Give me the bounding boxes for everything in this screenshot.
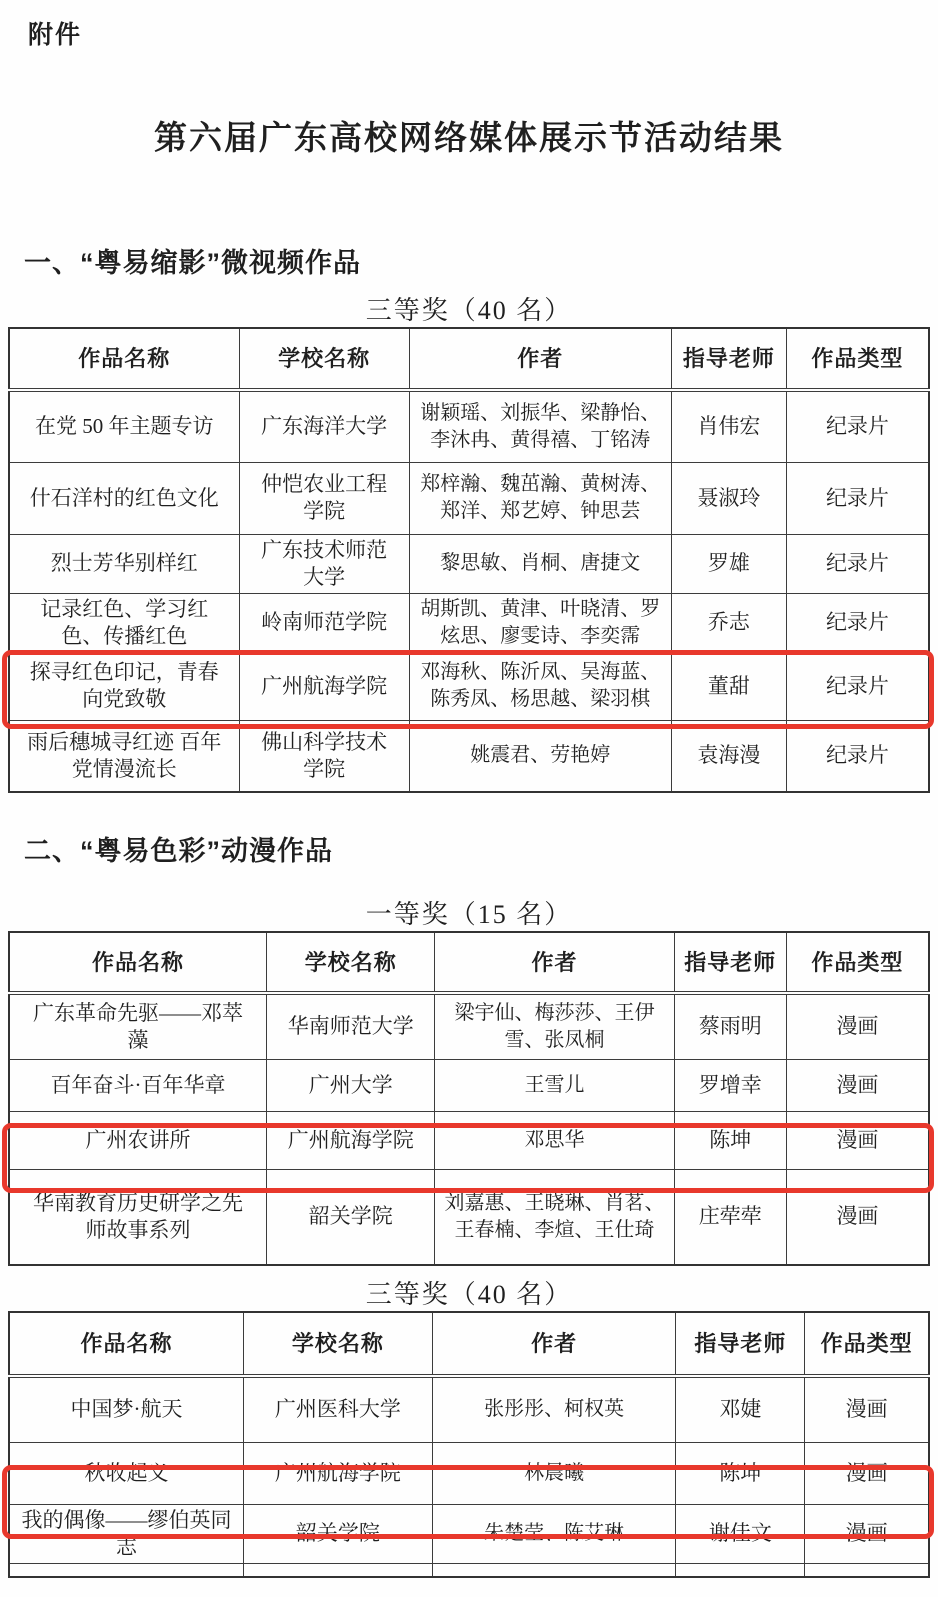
school-cell: 广东技术师范大学 — [239, 534, 409, 593]
table-cell-empty — [676, 1563, 805, 1577]
table-row-highlighted: 探寻红色印记，青春向党致敬 广州航海学院 邓海秋、陈沂凤、吴海蓝、陈秀凤、杨思越… — [9, 652, 929, 720]
table-row: 我的偶像——缪伯英同志 韶关学院 朱楚莹、陈艾琳 谢佳文 漫画 — [9, 1504, 929, 1563]
authors-cell: 朱楚莹、陈艾琳 — [432, 1504, 676, 1563]
section2-third-prize-title: 三等奖（40 名） — [0, 1278, 938, 1311]
section1-heading: 一、“粤易缩影”微视频作品 — [24, 246, 938, 280]
work-title-cell: 雨后穗城寻红迹 百年党情漫流长 — [9, 720, 239, 792]
authors-cell: 谢颖瑶、刘振华、梁静怡、李沐冉、黄得禧、丁铭涛 — [409, 390, 671, 462]
teacher-cell: 罗增幸 — [674, 1059, 786, 1111]
school-cell: 韶关学院 — [244, 1504, 433, 1563]
school-cell: 广州航海学院 — [239, 652, 409, 720]
authors-cell: 梁宇仙、梅莎莎、王伊雪、张凤桐 — [435, 993, 674, 1059]
section2-third-prize-table: 作品名称 学校名称 作者 指导老师 作品类型 中国梦·航天 广州医科大学 张彤彤… — [8, 1311, 930, 1578]
work-type-cell: 漫画 — [786, 1111, 929, 1169]
section2-first-prize-table: 作品名称 学校名称 作者 指导老师 作品类型 广东革命先驱——邓萃藻 华南师范大… — [8, 931, 930, 1266]
work-title-cell: 华南教育历史研学之先师故事系列 — [9, 1169, 267, 1265]
work-type-cell: 漫画 — [786, 993, 929, 1059]
work-title-cell: 百年奋斗·百年华章 — [9, 1059, 267, 1111]
teacher-cell: 罗雄 — [671, 534, 786, 593]
school-cell: 华南师范大学 — [267, 993, 435, 1059]
teacher-cell: 陈坤 — [674, 1111, 786, 1169]
table-cell-empty — [805, 1563, 929, 1577]
column-header-type: 作品类型 — [786, 932, 929, 993]
document-page: 附件 第六届广东高校网络媒体展示节活动结果 一、“粤易缩影”微视频作品 三等奖（… — [0, 0, 938, 1597]
work-title-cell: 什石洋村的红色文化 — [9, 462, 239, 534]
work-title-cell: 广州农讲所 — [9, 1111, 267, 1169]
authors-cell: 胡斯凯、黄津、叶晓清、罗炫思、廖雯诗、李奕霈 — [409, 593, 671, 652]
work-title-cell: 探寻红色印记，青春向党致敬 — [9, 652, 239, 720]
table-cell-empty — [9, 1563, 244, 1577]
school-cell: 韶关学院 — [267, 1169, 435, 1265]
school-cell: 广州航海学院 — [244, 1442, 433, 1504]
column-header-teacher: 指导老师 — [671, 328, 786, 390]
column-header-authors: 作者 — [435, 932, 674, 993]
authors-cell: 姚震君、劳艳婷 — [409, 720, 671, 792]
work-type-cell: 漫画 — [805, 1376, 929, 1442]
column-header-type: 作品类型 — [805, 1312, 929, 1376]
column-header-title: 作品名称 — [9, 1312, 244, 1376]
table-header-row: 作品名称 学校名称 作者 指导老师 作品类型 — [9, 932, 929, 993]
school-cell: 广东海洋大学 — [239, 390, 409, 462]
school-cell: 佛山科学技术学院 — [239, 720, 409, 792]
school-cell: 仲恺农业工程学院 — [239, 462, 409, 534]
authors-cell: 邓思华 — [435, 1111, 674, 1169]
authors-cell: 张彤彤、柯权英 — [432, 1376, 676, 1442]
authors-cell: 刘嘉惠、王晓琳、肖茗、王春楠、李煊、王仕琦 — [435, 1169, 674, 1265]
attachment-label: 附件 — [28, 16, 938, 54]
school-cell: 广州航海学院 — [267, 1111, 435, 1169]
table-cell-empty — [244, 1563, 433, 1577]
authors-cell: 王雪儿 — [435, 1059, 674, 1111]
table-row-highlighted: 广州农讲所 广州航海学院 邓思华 陈坤 漫画 — [9, 1111, 929, 1169]
column-header-school: 学校名称 — [239, 328, 409, 390]
table-cell-empty — [432, 1563, 676, 1577]
column-header-school: 学校名称 — [267, 932, 435, 993]
school-cell: 广州医科大学 — [244, 1376, 433, 1442]
work-type-cell: 纪录片 — [786, 534, 929, 593]
authors-cell: 邓海秋、陈沂凤、吴海蓝、陈秀凤、杨思越、梁羽棋 — [409, 652, 671, 720]
section2-first-prize-title: 一等奖（15 名） — [0, 898, 938, 931]
column-header-type: 作品类型 — [786, 328, 929, 390]
work-type-cell: 漫画 — [786, 1059, 929, 1111]
work-title-cell: 在党 50 年主题专访 — [9, 390, 239, 462]
section1-award-title: 三等奖（40 名） — [0, 294, 938, 327]
page-title: 第六届广东高校网络媒体展示节活动结果 — [0, 118, 938, 158]
work-title-cell: 烈士芳华别样红 — [9, 534, 239, 593]
teacher-cell: 肖伟宏 — [671, 390, 786, 462]
column-header-title: 作品名称 — [9, 932, 267, 993]
column-header-teacher: 指导老师 — [676, 1312, 805, 1376]
teacher-cell: 董甜 — [671, 652, 786, 720]
work-type-cell: 漫画 — [805, 1442, 929, 1504]
column-header-authors: 作者 — [432, 1312, 676, 1376]
work-title-cell: 广东革命先驱——邓萃藻 — [9, 993, 267, 1059]
work-type-cell: 漫画 — [786, 1169, 929, 1265]
table-row-clipped — [9, 1563, 929, 1577]
work-type-cell: 纪录片 — [786, 390, 929, 462]
table-row: 烈士芳华别样红 广东技术师范大学 黎思敏、肖桐、唐捷文 罗雄 纪录片 — [9, 534, 929, 593]
work-type-cell: 纪录片 — [786, 652, 929, 720]
teacher-cell: 乔志 — [671, 593, 786, 652]
column-header-authors: 作者 — [409, 328, 671, 390]
work-type-cell: 纪录片 — [786, 593, 929, 652]
table-row: 记录红色、学习红色、传播红色 岭南师范学院 胡斯凯、黄津、叶晓清、罗炫思、廖雯诗… — [9, 593, 929, 652]
table-row: 雨后穗城寻红迹 百年党情漫流长 佛山科学技术学院 姚震君、劳艳婷 袁海漫 纪录片 — [9, 720, 929, 792]
table-row: 百年奋斗·百年华章 广州大学 王雪儿 罗增幸 漫画 — [9, 1059, 929, 1111]
table-row-highlighted: 秋收起义 广州航海学院 林晨曦 陈坤 漫画 — [9, 1442, 929, 1504]
table-row: 华南教育历史研学之先师故事系列 韶关学院 刘嘉惠、王晓琳、肖茗、王春楠、李煊、王… — [9, 1169, 929, 1265]
table-row: 广东革命先驱——邓萃藻 华南师范大学 梁宇仙、梅莎莎、王伊雪、张凤桐 蔡雨明 漫… — [9, 993, 929, 1059]
teacher-cell: 蔡雨明 — [674, 993, 786, 1059]
work-type-cell: 纪录片 — [786, 720, 929, 792]
table-header-row: 作品名称 学校名称 作者 指导老师 作品类型 — [9, 1312, 929, 1376]
table-row: 在党 50 年主题专访 广东海洋大学 谢颖瑶、刘振华、梁静怡、李沐冉、黄得禧、丁… — [9, 390, 929, 462]
teacher-cell: 陈坤 — [676, 1442, 805, 1504]
teacher-cell: 邓婕 — [676, 1376, 805, 1442]
work-type-cell: 漫画 — [805, 1504, 929, 1563]
work-title-cell: 记录红色、学习红色、传播红色 — [9, 593, 239, 652]
teacher-cell: 聂淑玲 — [671, 462, 786, 534]
authors-cell: 黎思敏、肖桐、唐捷文 — [409, 534, 671, 593]
work-title-cell: 中国梦·航天 — [9, 1376, 244, 1442]
column-header-teacher: 指导老师 — [674, 932, 786, 993]
school-cell: 岭南师范学院 — [239, 593, 409, 652]
column-header-title: 作品名称 — [9, 328, 239, 390]
teacher-cell: 袁海漫 — [671, 720, 786, 792]
work-title-cell: 秋收起义 — [9, 1442, 244, 1504]
work-type-cell: 纪录片 — [786, 462, 929, 534]
teacher-cell: 谢佳文 — [676, 1504, 805, 1563]
teacher-cell: 庄荦荦 — [674, 1169, 786, 1265]
table-header-row: 作品名称 学校名称 作者 指导老师 作品类型 — [9, 328, 929, 390]
authors-cell: 郑梓瀚、魏茁瀚、黄树涛、郑洋、郑艺婷、钟思芸 — [409, 462, 671, 534]
table-row: 什石洋村的红色文化 仲恺农业工程学院 郑梓瀚、魏茁瀚、黄树涛、郑洋、郑艺婷、钟思… — [9, 462, 929, 534]
authors-cell: 林晨曦 — [432, 1442, 676, 1504]
section2-heading: 二、“粤易色彩”动漫作品 — [24, 834, 938, 868]
work-title-cell: 我的偶像——缪伯英同志 — [9, 1504, 244, 1563]
school-cell: 广州大学 — [267, 1059, 435, 1111]
table-row: 中国梦·航天 广州医科大学 张彤彤、柯权英 邓婕 漫画 — [9, 1376, 929, 1442]
column-header-school: 学校名称 — [244, 1312, 433, 1376]
section1-third-prize-table: 作品名称 学校名称 作者 指导老师 作品类型 在党 50 年主题专访 广东海洋大… — [8, 327, 930, 793]
